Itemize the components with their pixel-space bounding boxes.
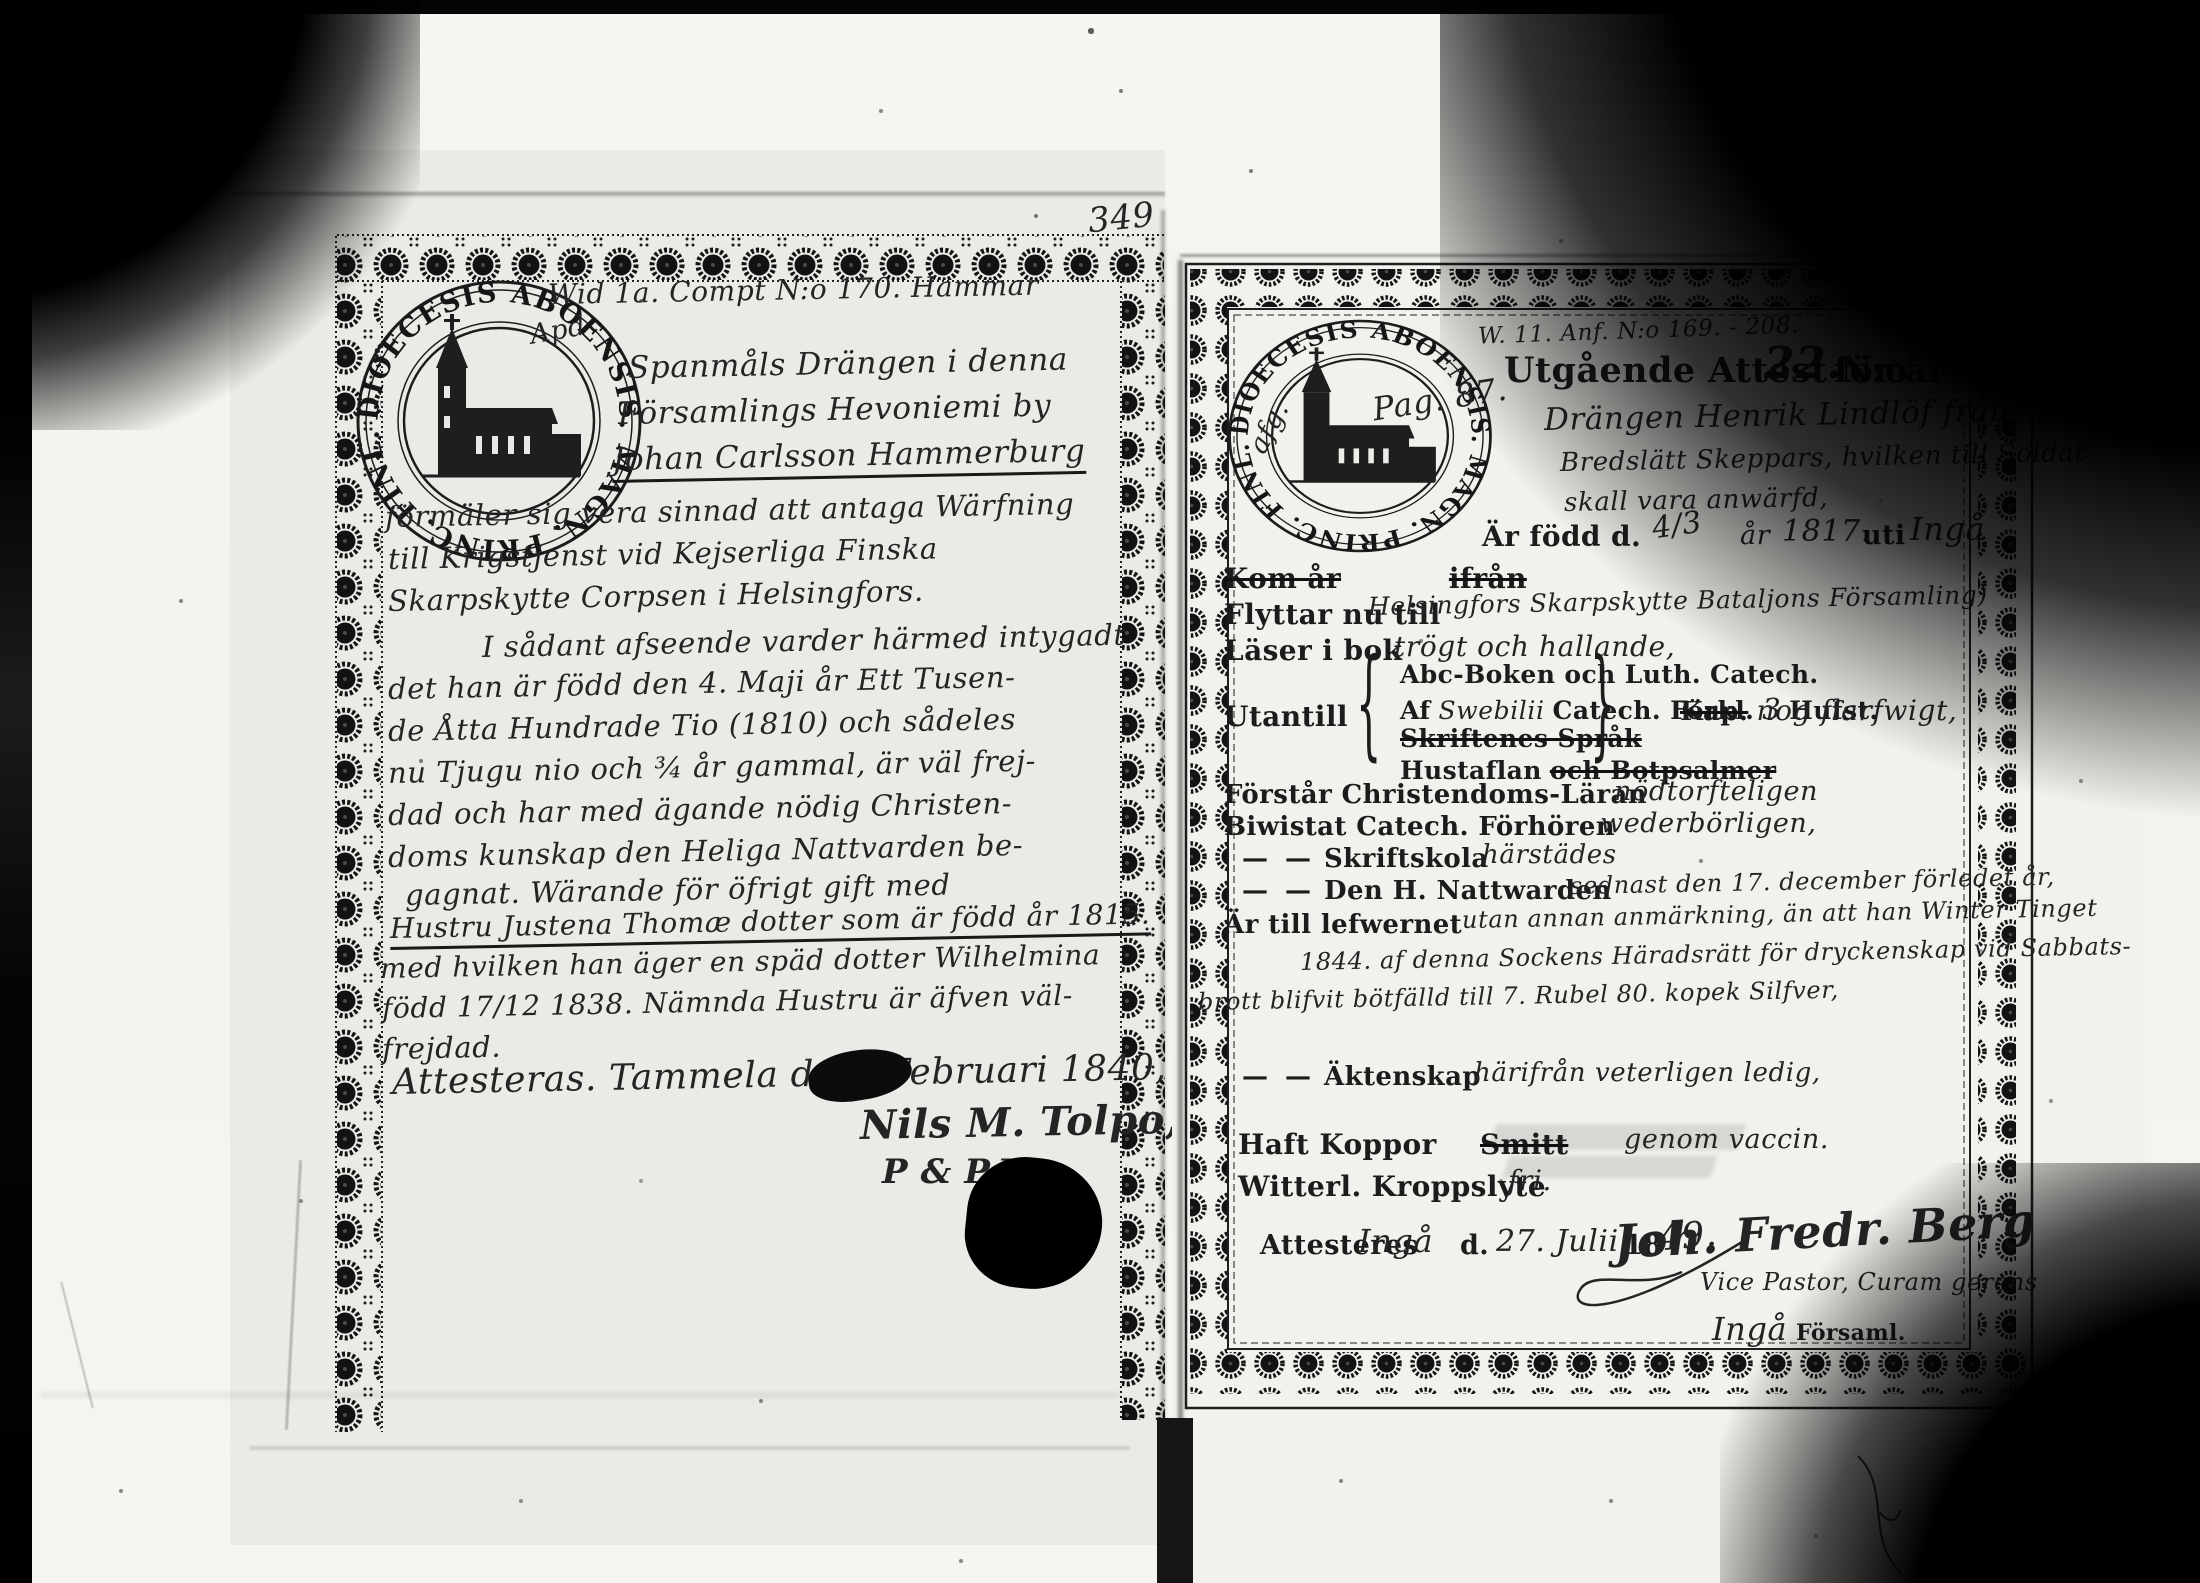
pen-doodle xyxy=(1855,10,2025,120)
kroppslyte-label: Witterl. Kroppslyte xyxy=(1238,1170,1546,1203)
attest-place: Ingå xyxy=(1358,1222,1433,1260)
signature-place: Ingå xyxy=(1712,1310,1787,1348)
book-gutter-shadow xyxy=(1157,1418,1193,1583)
forsamling-label: Församl. xyxy=(1796,1320,1906,1346)
page-bottom-crease xyxy=(250,1446,1130,1450)
paper-crease xyxy=(40,1392,1120,1398)
skriftskola-dash: — — xyxy=(1242,844,1315,874)
utantill-kap-note: Kap. nog flarfwigt, xyxy=(1680,694,1957,727)
title-year: 49. xyxy=(1976,333,2058,389)
utantill-open-brace: { xyxy=(1356,636,1381,774)
kap-label: Kap. xyxy=(1680,697,1748,727)
born-date: 4/3 xyxy=(1650,505,1704,547)
page-number: 349 xyxy=(1086,195,1157,242)
attest-d-label: d. xyxy=(1460,1230,1489,1261)
utantill-close-brace: } xyxy=(1590,636,1615,774)
aktenskap-value: härifrån veterligen ledig, xyxy=(1474,1058,1821,1088)
koppor-struck: Smitt xyxy=(1480,1128,1568,1161)
biwistat-label: Biwistat Catech. Förhören xyxy=(1224,812,1615,842)
kroppslyte-value: fri. xyxy=(1508,1164,1552,1197)
kap-value: nog flarfwigt, xyxy=(1757,694,1958,727)
pen-squiggle xyxy=(1840,1452,1970,1582)
born-year-label: år xyxy=(1740,520,1770,551)
dust-specks xyxy=(0,0,2,2)
born-uti-label: uti xyxy=(1862,520,1906,551)
aktenskap-dash: — — xyxy=(1242,1062,1315,1092)
utantill-label: Utantill xyxy=(1224,700,1348,733)
koppor-label: Haft Koppor xyxy=(1238,1128,1437,1161)
born-label: Är född d. xyxy=(1482,520,1641,553)
born-place: Ingå xyxy=(1910,510,1985,548)
item2-handwritten: Swebilii xyxy=(1438,696,1544,725)
film-edge-left xyxy=(0,0,32,1583)
biwistat-value: wederbörligen, xyxy=(1600,808,1817,839)
nattwarden-dash: — — xyxy=(1242,876,1315,906)
lefwernet-label: Är till lefwernet xyxy=(1224,910,1462,940)
microfilm-scan: 349 DIOECESIS ABOENSIS. MAGN. PRINC. FIN… xyxy=(0,0,2200,1583)
skriftskola-value: härstädes xyxy=(1482,840,1617,870)
laser-value: trögt och hallande, xyxy=(1394,630,1675,663)
aktenskap-label: Äktenskap xyxy=(1324,1062,1481,1092)
born-year: 1817. xyxy=(1782,514,1871,549)
forstar-value: nödtorfteligen xyxy=(1614,776,1818,807)
koppor-value: genom vaccin. xyxy=(1624,1124,1829,1155)
left-certificate-page: 349 DIOECESIS ABOENSIS. MAGN. PRINC. FIN… xyxy=(230,150,1165,1545)
item2-pre: Af xyxy=(1400,696,1431,725)
nattwarden-label: Den H. Nattwarden xyxy=(1324,876,1612,906)
forstar-label: Förstår Christendoms-Läran xyxy=(1224,780,1647,810)
right-certificate-page: DIOECESIS ABOENSIS. MAGN. PRINC. FINL. P… xyxy=(1172,252,2145,1583)
kom-label: Kom år xyxy=(1224,562,1341,595)
title-number: 22. xyxy=(1764,338,1842,389)
signature-nils-tolpo: Nils M. Tolpo, xyxy=(860,1096,1180,1149)
signature-flourish xyxy=(1552,1232,1752,1322)
skriftskola-label: Skriftskola xyxy=(1324,844,1489,874)
